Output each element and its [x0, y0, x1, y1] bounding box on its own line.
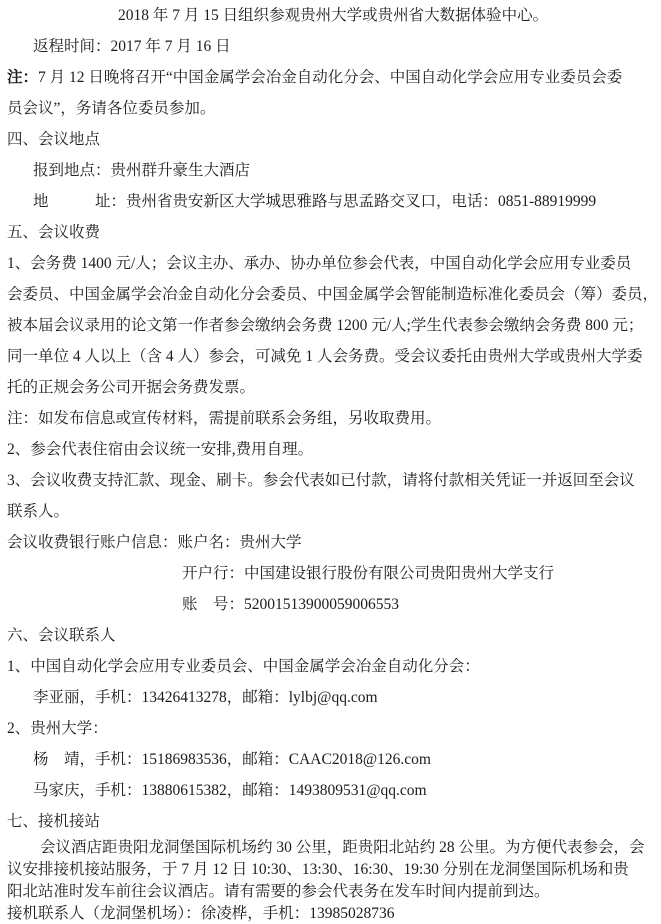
- fee-line: 会委员、中国金属学会冶金自动化分会委员、中国金属学会智能制造标准化委员会（筹）委…: [7, 279, 654, 310]
- return-date-line: 返程时间：2017 年 7 月 16 日: [7, 31, 654, 62]
- accommodation-line: 2、参会代表住宿由会议统一安排,费用自理。: [7, 434, 654, 465]
- contact-org2-line: 2、贵州大学：: [7, 713, 654, 744]
- committee-note-line-1: 注：7 月 12 日晚将召开“中国金属学会冶金自动化分会、中国自动化学会应用专业…: [7, 62, 654, 93]
- fee-line: 被本届会议录用的论文第一作者参会缴纳会务费 1200 元/人;学生代表参会缴纳会…: [7, 310, 654, 341]
- checkin-location-line: 报到地点：贵州群升豪生大酒店: [7, 155, 654, 186]
- address-line: 地 址：贵州省贵安新区大学城思雅路与思孟路交叉口，电话：0851-8891999…: [7, 186, 654, 217]
- document-page: 2018 年 7 月 15 日组织参观贵州大学或贵州省大数据体验中心。 返程时间…: [0, 0, 661, 924]
- section7-heading: 七、接机接站: [7, 806, 654, 837]
- contact-person-line: 杨 靖，手机：15186983536，邮箱：CAAC2018@126.com: [7, 744, 654, 775]
- pickup-contact-line: 接机联系人（龙洞堡机场）：徐凌桦，手机：13985028736: [7, 903, 654, 924]
- note-text: 7 月 12 日晚将召开“中国金属学会冶金自动化分会、中国自动化学会应用专业委员…: [38, 69, 622, 86]
- contact-org1-line: 1、中国自动化学会应用专业委员会、中国金属学会冶金自动化分会：: [7, 651, 654, 682]
- section6-heading: 六、会议联系人: [7, 620, 654, 651]
- committee-note-line-2: 员会议”，务请各位委员参加。: [7, 93, 654, 124]
- fee-line: 同一单位 4 人以上（含 4 人）参会，可减免 1 人会务费。受会议委托由贵州大…: [7, 341, 654, 372]
- pickup-para-line: 阳北站准时发车前往会议酒店。请有需要的参会代表务在发车时间内提前到达。: [7, 881, 654, 903]
- bank-number-line: 账 号：52001513900059006553: [7, 589, 654, 620]
- fee-line: 托的正规会务公司开据会务费发票。: [7, 372, 654, 403]
- bank-account-name-line: 会议收费银行账户信息：账户名：贵州大学: [7, 527, 654, 558]
- fee-line: 1、会务费 1400 元/人；会议主办、承办、协办单位参会代表，中国自动化学会应…: [7, 248, 654, 279]
- fee-note-line: 注：如发布信息或宣传材料，需提前联系会务组，另收取费用。: [7, 403, 654, 434]
- payment-method-line-2: 联系人。: [7, 496, 654, 527]
- bank-branch-line: 开户行：中国建设银行股份有限公司贵阳贵州大学支行: [7, 558, 654, 589]
- note-prefix: 注：: [7, 69, 38, 86]
- contact-person-line: 马家庆，手机：13880615382，邮箱：1493809531@qq.com: [7, 775, 654, 806]
- pickup-para-line: 会议酒店距贵阳龙洞堡国际机场约 30 公里，距贵阳北站约 28 公里。为方便代表…: [7, 837, 654, 859]
- visit-date-line: 2018 年 7 月 15 日组织参观贵州大学或贵州省大数据体验中心。: [7, 0, 654, 31]
- contact-person-line: 李亚丽，手机：13426413278，邮箱：lylbj@qq.com: [7, 682, 654, 713]
- section5-heading: 五、会议收费: [7, 217, 654, 248]
- section4-heading: 四、会议地点: [7, 124, 654, 155]
- payment-method-line-1: 3、会议收费支持汇款、现金、刷卡。参会代表如已付款，请将付款相关凭证一并返回至会…: [7, 465, 654, 496]
- pickup-para-line: 议安排接机接站服务，于 7 月 12 日 10:30、13:30、16:30、1…: [7, 859, 654, 881]
